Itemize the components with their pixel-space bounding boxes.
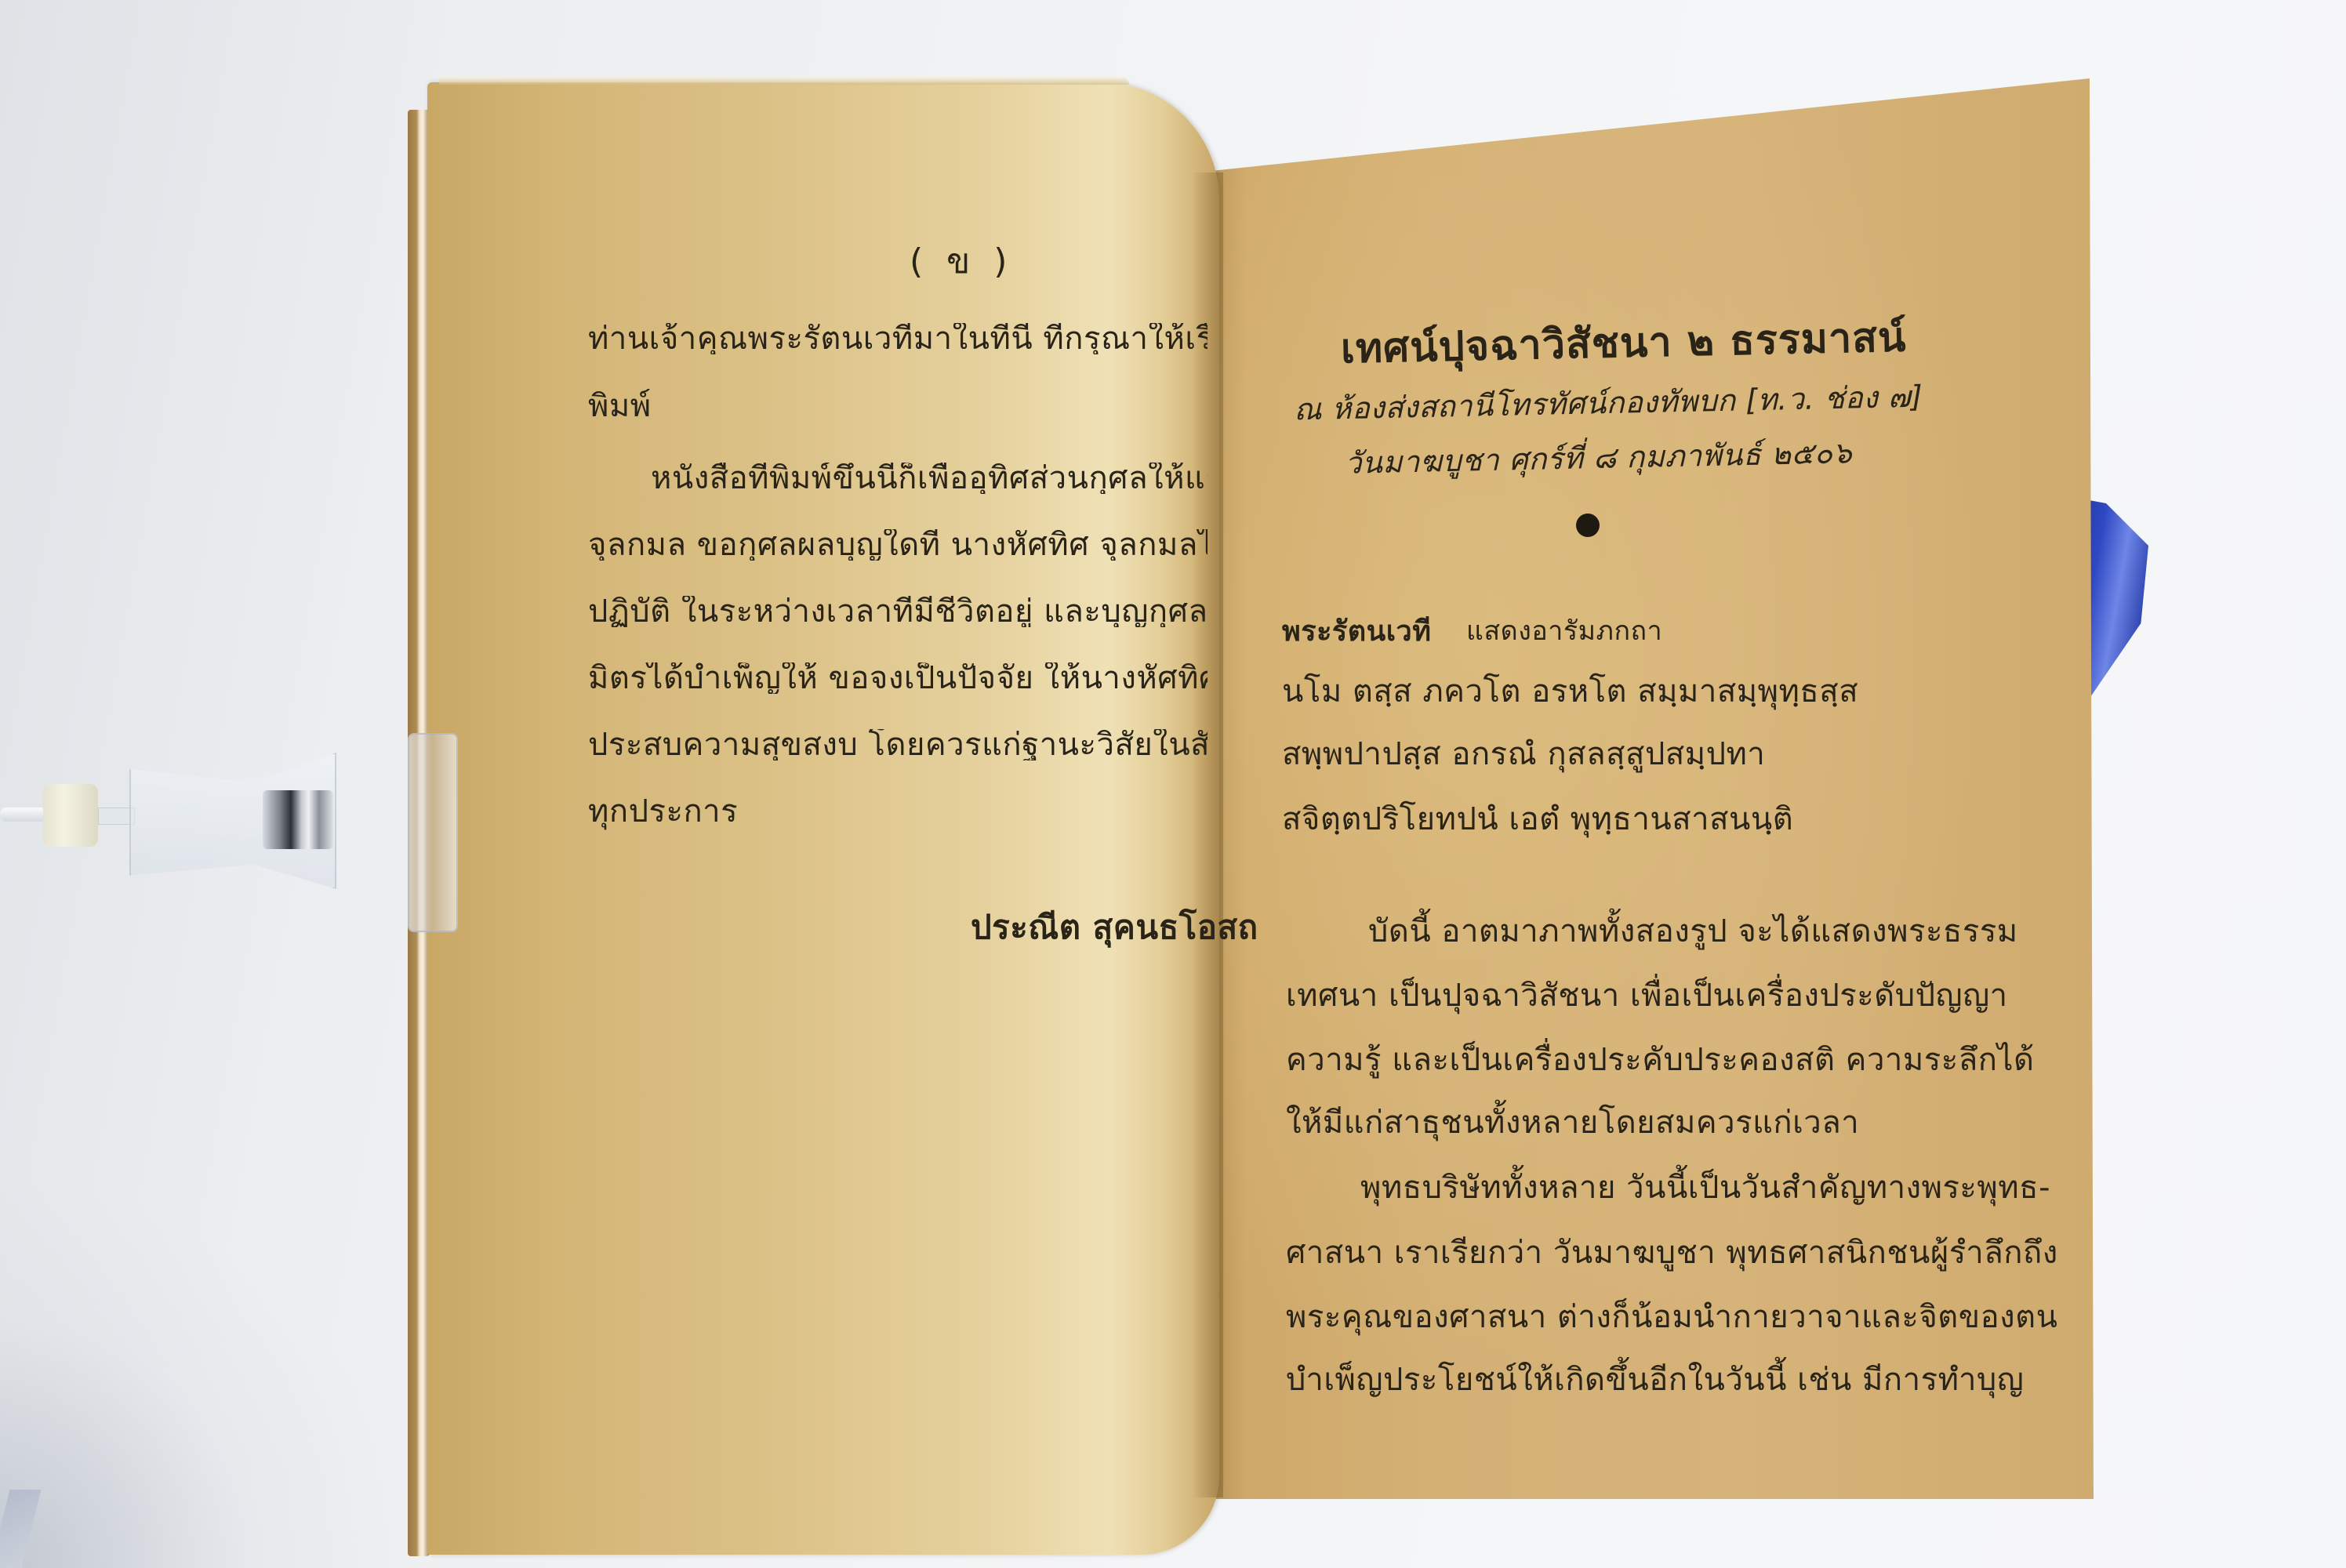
clip-jaw <box>408 733 458 932</box>
pali-line-3: สจิตฺตปริโยทปนํ เอตํ พุทฺธานสาสนนฺติ <box>1282 804 1793 835</box>
left-line-5: ปฏิบัติ ในระหว่างเวลาที่มีชีวิตอยู่ และบ… <box>588 596 1207 627</box>
pali-line-1: นโม ตสฺส ภควโต อรหโต สมฺมาสมฺพุทฺธสฺส <box>1282 676 1858 707</box>
body-line-2: เทศนา เป็นปุจฉาวิสัชนา เพื่อเป็นเครื่องป… <box>1286 980 2008 1011</box>
clip-spring <box>263 790 333 849</box>
body-line-6: ศาสนา เราเรียกว่า วันมาฆบูชา พุทธศาสนิกช… <box>1286 1237 2058 1269</box>
body-line-7: พระคุณของศาสนา ต่างก็น้อมนำกายวาจาและจิต… <box>1286 1301 2057 1333</box>
left-line-1: ท่านเจ้าคุณพระรัตนเวทีมาในที่นี้ ที่กรุณ… <box>588 323 1207 354</box>
sermon-title: เทศน์ปุจฉาวิสัชนา ๒ ธรรมาสน์ <box>1341 317 1907 369</box>
speaker-action: แสดงอารัมภกถา <box>1466 618 1662 644</box>
pali-line-2: สพฺพปาปสฺส อกรณํ กุสลสฺสูปสมฺปทา <box>1282 739 1765 770</box>
body-line-4: ให้มีแก่สาธุชนทั้งหลายโดยสมควรแก่เวลา <box>1286 1107 1859 1138</box>
body-line-3: ความรู้ และเป็นเครื่องประคับประคองสติ คว… <box>1286 1044 2035 1076</box>
clip-cap <box>43 784 98 847</box>
left-line-7: ประสบความสุขสงบ โดยควรแก่ฐานะวิสัยในสัมป… <box>588 729 1207 760</box>
left-page <box>427 82 1219 1555</box>
clip-stem <box>0 808 47 822</box>
left-line-3: หนังสือที่พิมพ์ขึ้นนี้ก็เพื่ออุทิศส่วนกุ… <box>651 463 1207 494</box>
surface-shadow <box>0 1176 408 1568</box>
clip-neck <box>98 808 135 825</box>
gutter-shadow <box>1192 172 1223 1497</box>
body-line-5: พุทธบริษัททั้งหลาย วันนี้เป็นวันสำคัญทาง… <box>1360 1172 2050 1203</box>
left-line-8: ทุกประการ <box>588 796 738 827</box>
page-number: ( ข ) <box>910 245 1013 279</box>
body-line-8: บำเพ็ญประโยชน์ให้เกิดขึ้นอีกในวันนี้ เช่… <box>1286 1364 2024 1396</box>
speaker-name: พระรัตนเวที <box>1282 618 1431 646</box>
bullet-ornament <box>1576 514 1600 537</box>
right-page <box>1211 78 2094 1499</box>
signature: ประณีต สุคนธโอสถ <box>971 911 1258 944</box>
left-line-6: มิตรได้บำเพ็ญให้ ขอจงเป็นปัจจัย ให้นางหั… <box>588 662 1207 694</box>
left-page-top-edge <box>439 77 1129 85</box>
left-line-2: พิมพ์ <box>588 390 652 422</box>
left-line-4: จุลกมล ขอกุศลผลบุญใดที่ นางหัศทิศ จุลกมล… <box>588 529 1207 561</box>
body-line-1: บัดนี้ อาตมาภาพทั้งสองรูป จะได้แสดงพระธร… <box>1368 916 2018 947</box>
